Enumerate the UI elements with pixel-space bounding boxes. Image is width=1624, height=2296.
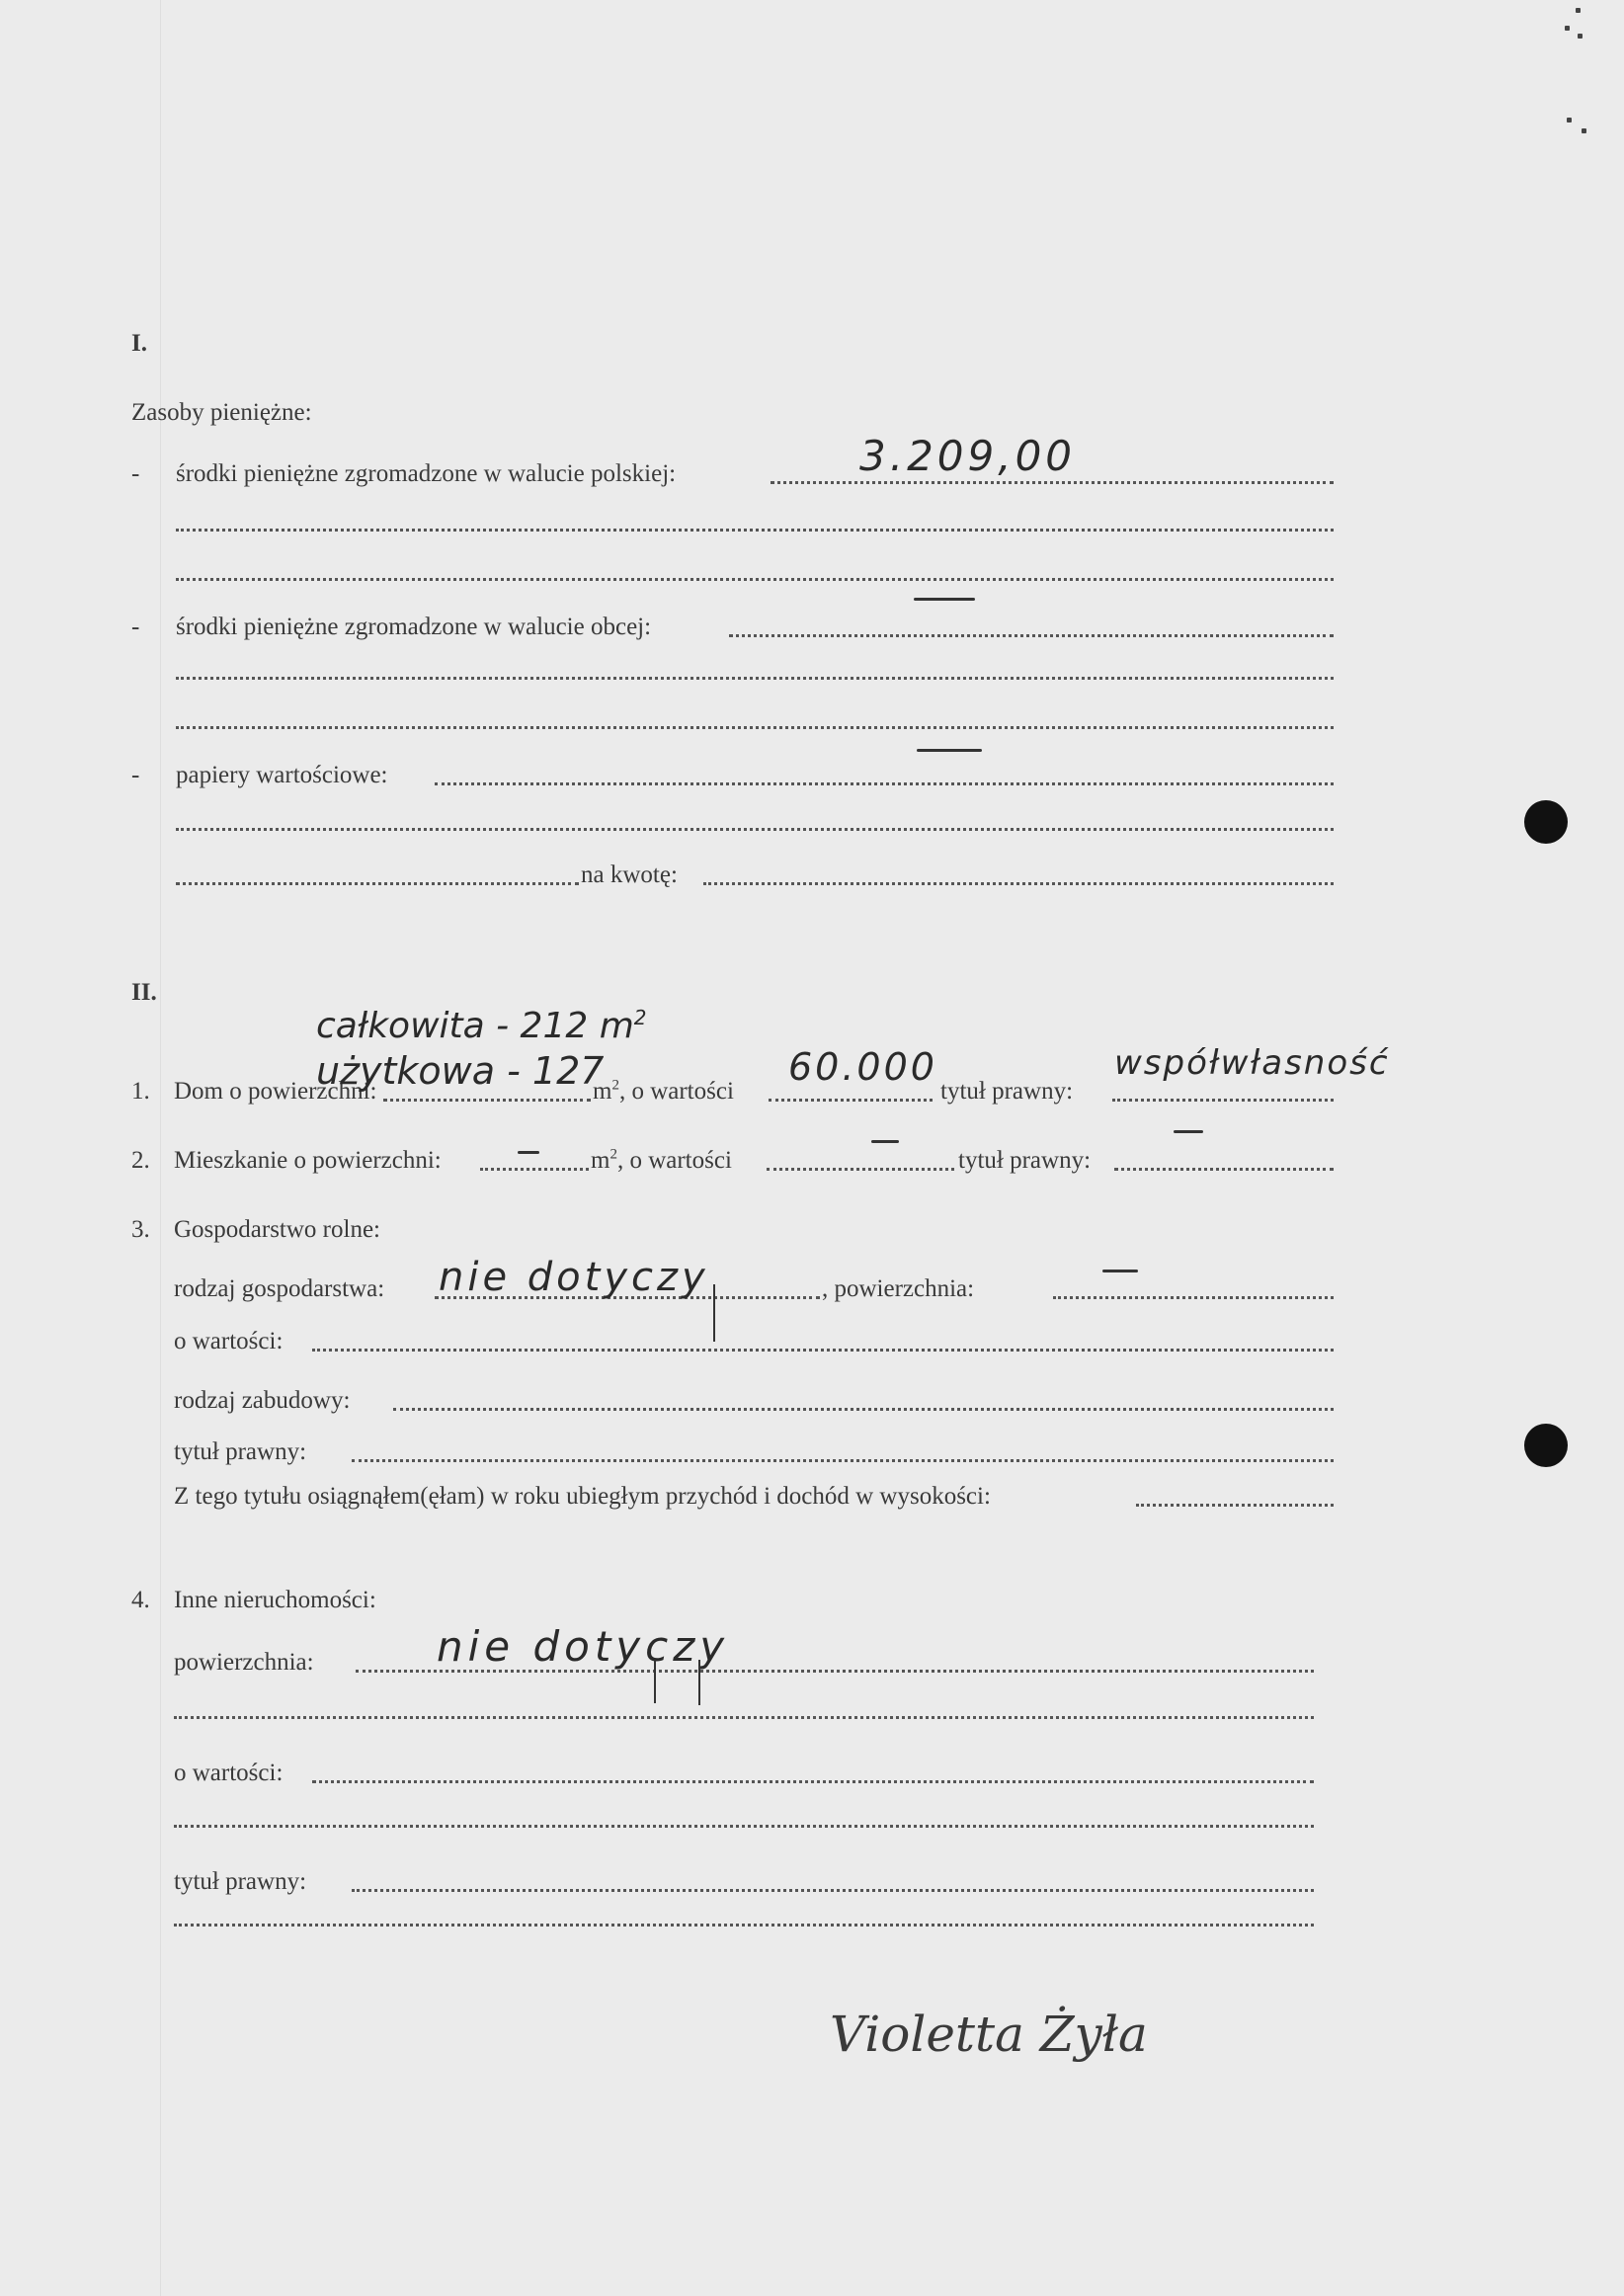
other-value-field[interactable]: [312, 1780, 1314, 1783]
farm-value-field[interactable]: [312, 1349, 1334, 1352]
area-total-superscript: 2: [634, 1006, 647, 1029]
apartment-area-field[interactable]: [480, 1168, 589, 1171]
item-number: 2.: [131, 1146, 150, 1176]
apartment-value-field[interactable]: [767, 1168, 954, 1171]
pln-funds-field[interactable]: [771, 481, 1334, 484]
house-value-field[interactable]: [769, 1099, 933, 1102]
handwriting-descender: [713, 1284, 715, 1342]
house-title-label: tytuł prawny:: [940, 1077, 1073, 1107]
apartment-value-label: , o wartości: [617, 1147, 732, 1174]
bullet: -: [131, 459, 139, 489]
apartment-title-field[interactable]: [1114, 1168, 1334, 1171]
section-1-number: I.: [131, 329, 147, 359]
handwriting-descender: [698, 1660, 700, 1705]
farm-type-label: rodzaj gospodarstwa:: [174, 1274, 384, 1304]
securities-dash: [917, 749, 982, 752]
item-number: 4.: [131, 1586, 150, 1615]
house-value: 60.000: [788, 1045, 937, 1089]
scan-speck: [1565, 26, 1570, 31]
house-value-label: , o wartości: [619, 1078, 734, 1105]
securities-field-line-3[interactable]: [176, 882, 579, 885]
apartment-title-label: tytuł prawny:: [958, 1146, 1091, 1176]
unit-text: m: [591, 1147, 609, 1174]
other-title-field-line-2[interactable]: [174, 1924, 1314, 1927]
farm-value-label: o wartości:: [174, 1327, 283, 1356]
section-2-number: II.: [131, 978, 157, 1008]
house-title-value: współwłasność: [1114, 1043, 1390, 1083]
other-value-label: o wartości:: [174, 1759, 283, 1788]
unit-superscript: 2: [611, 1078, 619, 1094]
house-area-usable-value: użytkowa - 127: [316, 1049, 604, 1093]
area-total-text: całkowita - 212 m: [316, 1006, 634, 1046]
farm-area-field[interactable]: [1053, 1296, 1334, 1299]
foreign-funds-field-line-3[interactable]: [176, 726, 1334, 729]
farm-heading: Gospodarstwo rolne:: [174, 1215, 380, 1245]
farm-area-label: , powierzchnia:: [822, 1274, 974, 1304]
item-number: 3.: [131, 1215, 150, 1245]
other-title-field[interactable]: [352, 1889, 1314, 1892]
house-title-field[interactable]: [1112, 1099, 1334, 1102]
farm-income-label: Z tego tytułu osiągnąłem(ęłam) w roku ub…: [174, 1482, 991, 1512]
other-property-heading: Inne nieruchomości:: [174, 1586, 376, 1615]
apartment-area-label: Mieszkanie o powierzchni:: [174, 1146, 442, 1176]
signature: Violetta Żyła: [830, 2006, 1148, 2063]
page-margin-line: [160, 0, 161, 2296]
scan-speck: [1578, 34, 1583, 39]
apartment-area-dash: [518, 1151, 539, 1154]
other-title-label: tytuł prawny:: [174, 1867, 306, 1897]
apartment-value-dash: [871, 1140, 899, 1143]
foreign-funds-label: środki pieniężne zgromadzone w walucie o…: [176, 613, 651, 642]
other-area-label: powierzchnia:: [174, 1648, 314, 1678]
bullet: -: [131, 613, 139, 642]
farm-area-dash: [1102, 1270, 1138, 1272]
punch-hole: [1524, 1424, 1568, 1467]
apartment-title-dash: [1174, 1130, 1203, 1133]
house-area-unit: m2, o wartości: [593, 1077, 734, 1107]
farm-type-value: nie dotyczy: [439, 1255, 709, 1300]
pln-funds-label: środki pieniężne zgromadzone w walucie p…: [176, 459, 676, 489]
securities-label: papiery wartościowe:: [176, 761, 388, 790]
section-1-heading: Zasoby pieniężne:: [131, 398, 312, 428]
punch-hole: [1524, 800, 1568, 844]
unit-superscript: 2: [609, 1147, 617, 1163]
farm-buildings-label: rodzaj zabudowy:: [174, 1386, 350, 1416]
foreign-funds-dash: [914, 598, 975, 601]
securities-field[interactable]: [435, 782, 1334, 785]
pln-funds-field-line-3[interactable]: [176, 578, 1334, 581]
pln-funds-value: 3.209,00: [859, 432, 1076, 480]
securities-amount-field[interactable]: [703, 882, 1334, 885]
other-value-field-line-2[interactable]: [174, 1825, 1314, 1828]
other-area-field-line-2[interactable]: [174, 1716, 1314, 1719]
farm-buildings-field[interactable]: [393, 1408, 1334, 1411]
foreign-funds-field[interactable]: [729, 634, 1334, 637]
house-area-field[interactable]: [383, 1099, 591, 1102]
bullet: -: [131, 761, 139, 790]
apartment-area-unit: m2, o wartości: [591, 1146, 732, 1176]
other-area-value: nie dotyczy: [437, 1622, 729, 1671]
item-number: 1.: [131, 1077, 150, 1107]
farm-income-field[interactable]: [1136, 1504, 1334, 1507]
handwriting-descender: [654, 1660, 656, 1703]
scan-speck: [1567, 118, 1572, 123]
farm-title-field[interactable]: [352, 1459, 1334, 1462]
foreign-funds-field-line-2[interactable]: [176, 677, 1334, 680]
securities-amount-label: na kwotę:: [581, 861, 678, 890]
farm-title-label: tytuł prawny:: [174, 1437, 306, 1467]
pln-funds-field-line-2[interactable]: [176, 529, 1334, 532]
scan-speck: [1582, 128, 1586, 133]
house-area-total-value: całkowita - 212 m2: [316, 1006, 647, 1046]
securities-field-line-2[interactable]: [176, 828, 1334, 831]
scan-speck: [1576, 8, 1581, 13]
